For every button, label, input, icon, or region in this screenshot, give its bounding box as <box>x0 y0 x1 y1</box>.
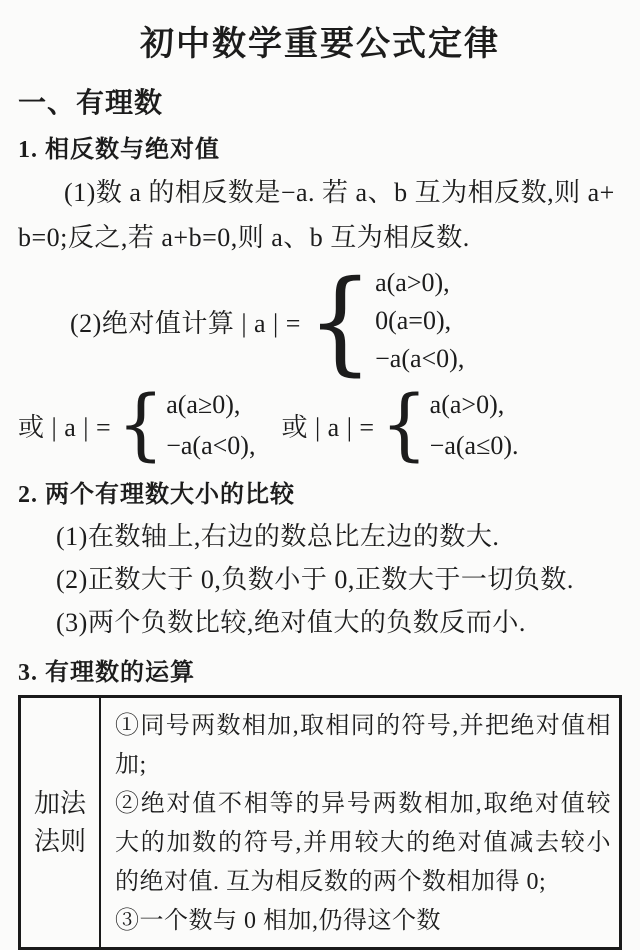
alt2-case-positive: a(a>0), <box>430 384 519 425</box>
table-row-header-cell: 加法法则 <box>21 698 101 947</box>
left-brace-icon: { <box>381 386 428 464</box>
comparison-rule-2: (2)正数大于 0,负数小于 0,正数大于一切负数. <box>18 558 622 601</box>
addition-rules-table: 加法法则 ①同号两数相加,取相同的符号,并把绝对值相加; ②绝对值不相等的异号两… <box>18 695 622 950</box>
opposite-number-definition-line2: b=0;反之,若 a+b=0,则 a、b 互为相反数. <box>18 215 622 260</box>
addition-rule-1: ①同号两数相加,取相同的符号,并把绝对值相加; <box>115 707 611 785</box>
section-heading-rational-numbers: 一、有理数 <box>18 81 622 121</box>
alternative-formula-1-cases: a(a≥0), −a(a<0), <box>166 384 255 466</box>
alt2-case-nonpositive: −a(a≤0). <box>430 425 519 466</box>
page-title: 初中数学重要公式定律 <box>18 16 622 65</box>
abs-case-zero: 0(a=0), <box>375 302 464 340</box>
alt1-case-negative: −a(a<0), <box>166 425 255 466</box>
absolute-value-cases: a(a>0), 0(a=0), −a(a<0), <box>375 264 464 378</box>
opposite-number-definition-line1: (1)数 a 的相反数是−a. 若 a、b 互为相反数,则 a+ <box>18 170 622 215</box>
alternative-formula-2-cases: a(a>0), −a(a≤0). <box>430 384 519 466</box>
left-brace-icon: { <box>307 265 373 377</box>
abs-case-negative: −a(a<0), <box>375 340 464 378</box>
abs-case-positive: a(a>0), <box>375 264 464 302</box>
subsection-heading-operations: 3. 有理数的运算 <box>18 652 622 687</box>
alternative-absolute-value-formulas: 或 | a | = { a(a≥0), −a(a<0), 或 | a | = {… <box>18 384 622 466</box>
table-rules-cell: ①同号两数相加,取相同的符号,并把绝对值相加; ②绝对值不相等的异号两数相加,取… <box>101 698 619 947</box>
alternative-formula-1: 或 | a | = { a(a≥0), −a(a<0), <box>18 384 255 466</box>
alternative-formula-1-label: 或 | a | = <box>18 407 111 444</box>
alternative-formula-2: 或 | a | = { a(a>0), −a(a≤0). <box>281 384 518 466</box>
comparison-rule-1: (1)在数轴上,右边的数总比左边的数大. <box>18 515 622 558</box>
alternative-formula-2-label: 或 | a | = <box>281 407 374 444</box>
document-page: 初中数学重要公式定律 一、有理数 1. 相反数与绝对值 (1)数 a 的相反数是… <box>0 0 640 950</box>
alt1-case-nonnegative: a(a≥0), <box>166 384 255 425</box>
left-brace-icon: { <box>117 386 164 464</box>
absolute-value-formula: (2)绝对值计算 | a | = { a(a>0), 0(a=0), −a(a<… <box>70 264 622 378</box>
subsection-heading-comparison: 2. 两个有理数大小的比较 <box>18 474 622 509</box>
addition-rule-2: ②绝对值不相等的异号两数相加,取绝对值较大的加数的符号,并用较大的绝对值减去较小… <box>115 785 611 902</box>
table-row-header-addition-rule: 加法法则 <box>33 785 88 861</box>
subsection-heading-opposite-and-absolute-value: 1. 相反数与绝对值 <box>18 129 622 164</box>
comparison-rule-3: (3)两个负数比较,绝对值大的负数反而小. <box>18 601 622 644</box>
absolute-value-formula-label: (2)绝对值计算 | a | = <box>70 303 301 340</box>
addition-rule-3: ③一个数与 0 相加,仍得这个数 <box>115 902 611 941</box>
